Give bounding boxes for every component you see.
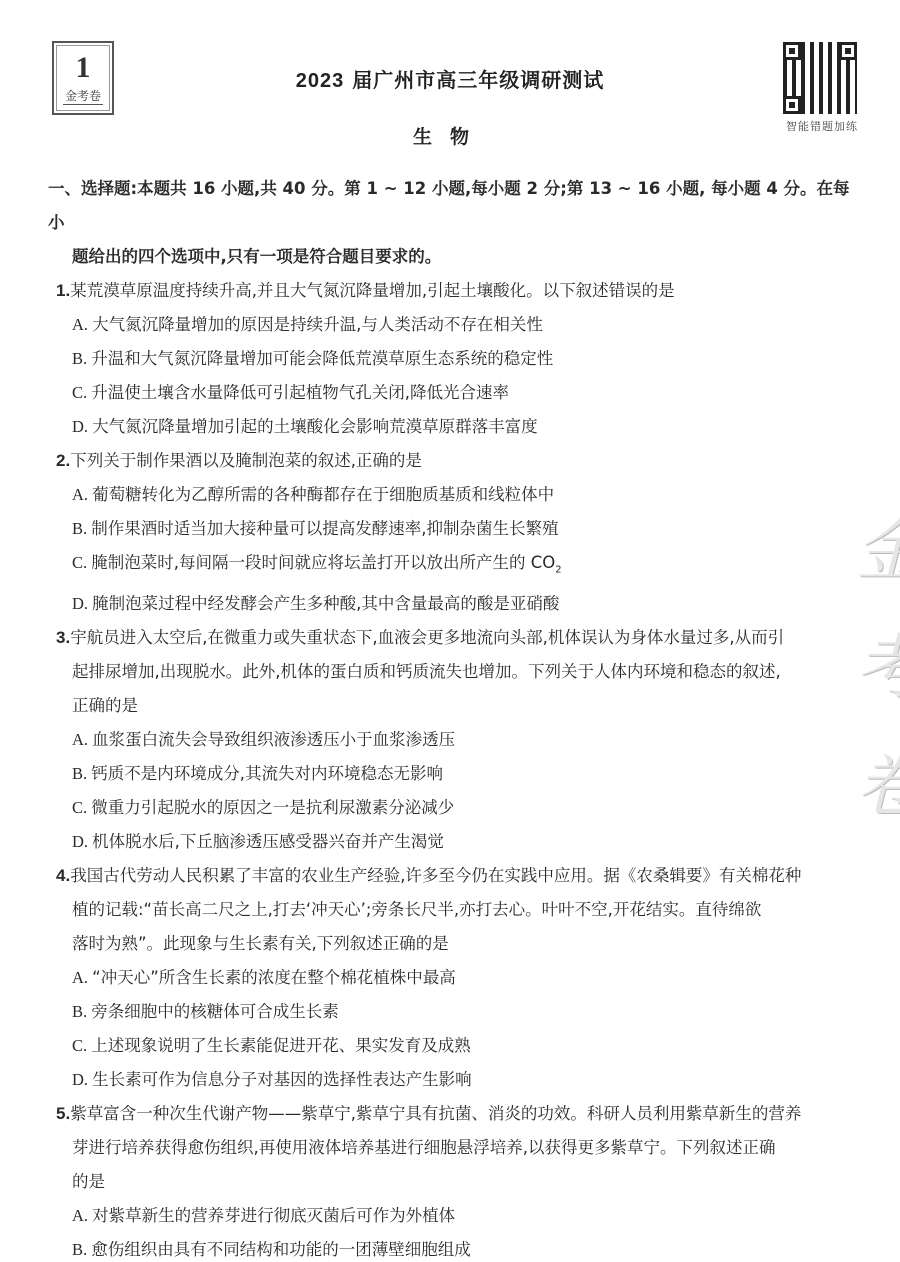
option-letter: D. [72, 594, 92, 613]
option-c[interactable]: C. 微重力引起脱水的原因之一是抗利尿激素分泌减少 [56, 791, 866, 825]
question-2: 2.下列关于制作果酒以及腌制泡菜的叙述,正确的是A. 葡萄糖转化为乙醇所需的各种… [56, 444, 866, 621]
option-a[interactable]: A. 对紫草新生的营养芽进行彻底灭菌后可作为外植体 [56, 1199, 866, 1233]
question-number: 4. [56, 866, 70, 885]
question-3: 3.宇航员进入太空后,在微重力或失重状态下,血液会更多地流向头部,机体误认为身体… [56, 621, 866, 859]
option-c[interactable]: C. 上述现象说明了生长素能促进开花、果实发育及成熟 [56, 1029, 866, 1063]
option-b[interactable]: B. 升温和大气氮沉降量增加可能会降低荒漠草原生态系统的稳定性 [56, 342, 866, 376]
option-text: 对紫草新生的营养芽进行彻底灭菌后可作为外植体 [92, 1206, 455, 1225]
option-letter: C. [72, 1036, 91, 1055]
qr-caption: 智能错题加练 [780, 118, 864, 134]
question-stem-line: 某荒漠草原温度持续升高,并且大气氮沉降量增加,引起土壤酸化。以下叙述错误的是 [70, 281, 675, 300]
option-letter: B. [72, 519, 91, 538]
option-b[interactable]: B. 旁条细胞中的核糖体可合成生长素 [56, 995, 866, 1029]
section-line-1: 一、选择题:本题共 16 小题,共 40 分。第 1 ~ 12 小题,每小题 2… [48, 179, 850, 232]
option-text: 愈伤组织由具有不同结构和功能的一团薄壁细胞组成 [91, 1240, 471, 1259]
option-text: 血浆蛋白流失会导致组织液渗透压小于血浆渗透压 [92, 730, 455, 749]
page-title: 2023 届广州市高三年级调研测试 [0, 64, 900, 93]
option-text: 升温使土壤含水量降低可引起植物气孔关闭,降低光合速率 [91, 383, 509, 402]
question-stem-line: 植的记载:“苗长高二尺之上,打去‘冲天心’;旁条长尺半,亦打去心。叶叶不空,开花… [56, 893, 866, 927]
question-5: 5.紫草富含一种次生代谢产物——紫草宁,紫草宁具有抗菌、消炎的功效。科研人员利用… [56, 1097, 866, 1262]
option-text: 上述现象说明了生长素能促进开花、果实发育及成熟 [91, 1036, 471, 1055]
section-instructions: 一、选择题:本题共 16 小题,共 40 分。第 1 ~ 12 小题,每小题 2… [48, 172, 866, 274]
question-number: 3. [56, 628, 70, 647]
option-text: 葡萄糖转化为乙醇所需的各种酶都存在于细胞质基质和线粒体中 [92, 485, 554, 504]
qr-finder-icon [783, 42, 801, 60]
question-1: 1.某荒漠草原温度持续升高,并且大气氮沉降量增加,引起土壤酸化。以下叙述错误的是… [56, 274, 866, 444]
question-4: 4.我国古代劳动人民积累了丰富的农业生产经验,许多至今仍在实践中应用。据《农桑辑… [56, 859, 866, 1097]
question-stem: 5.紫草富含一种次生代谢产物——紫草宁,紫草宁具有抗菌、消炎的功效。科研人员利用… [56, 1097, 866, 1131]
option-d[interactable]: D. 机体脱水后,下丘脑渗透压感受器兴奋并产生渴觉 [56, 825, 866, 859]
question-stem-line: 正确的是 [56, 689, 866, 723]
option-letter: B. [72, 349, 91, 368]
option-c[interactable]: C. 腌制泡菜时,每间隔一段时间就应将坛盖打开以放出所产生的 CO2 [56, 546, 866, 587]
question-stem-line: 芽进行培养获得愈伤组织,再使用液体培养基进行细胞悬浮培养,以获得更多紫草宁。下列… [56, 1131, 866, 1165]
section-line-2: 题给出的四个选项中,只有一项是符合题目要求的。 [48, 240, 866, 274]
question-number: 5. [56, 1104, 70, 1123]
question-stem-line: 我国古代劳动人民积累了丰富的农业生产经验,许多至今仍在实践中应用。据《农桑辑要》… [70, 866, 801, 885]
option-letter: A. [72, 968, 92, 987]
option-text: 升温和大气氮沉降量增加可能会降低荒漠草原生态系统的稳定性 [91, 349, 553, 368]
subscript: 2 [555, 564, 561, 575]
question-stem-line: 的是 [56, 1165, 866, 1199]
question-number: 1. [56, 281, 70, 300]
option-a[interactable]: A. 血浆蛋白流失会导致组织液渗透压小于血浆渗透压 [56, 723, 866, 757]
option-a[interactable]: A. 葡萄糖转化为乙醇所需的各种酶都存在于细胞质基质和线粒体中 [56, 478, 866, 512]
option-b[interactable]: B. 制作果酒时适当加大接种量可以提高发酵速率,抑制杂菌生长繁殖 [56, 512, 866, 546]
option-letter: C. [72, 553, 91, 572]
question-stem-line: 落时为熟”。此现象与生长素有关,下列叙述正确的是 [56, 927, 866, 961]
option-letter: C. [72, 383, 91, 402]
title-text: 届广州市高三年级调研测试 [352, 68, 604, 92]
question-stem-line: 起排尿增加,出现脱水。此外,机体的蛋白质和钙质流失也增加。下列关于人体内环境和稳… [56, 655, 866, 689]
question-stem-line: 下列关于制作果酒以及腌制泡菜的叙述,正确的是 [70, 451, 422, 470]
question-stem: 4.我国古代劳动人民积累了丰富的农业生产经验,许多至今仍在实践中应用。据《农桑辑… [56, 859, 866, 893]
option-text: 钙质不是内环境成分,其流失对内环境稳态无影响 [91, 764, 443, 783]
option-letter: C. [72, 798, 91, 817]
option-letter: B. [72, 1002, 91, 1021]
question-stem: 3.宇航员进入太空后,在微重力或失重状态下,血液会更多地流向头部,机体误认为身体… [56, 621, 866, 655]
question-list: 1.某荒漠草原温度持续升高,并且大气氮沉降量增加,引起土壤酸化。以下叙述错误的是… [56, 274, 866, 1262]
question-stem: 2.下列关于制作果酒以及腌制泡菜的叙述,正确的是 [56, 444, 866, 478]
option-letter: A. [72, 1206, 92, 1225]
option-letter: D. [72, 1070, 92, 1089]
option-letter: B. [72, 1240, 91, 1259]
option-text: 腌制泡菜过程中经发酵会产生多种酸,其中含量最高的酸是亚硝酸 [92, 594, 559, 613]
qr-finder-icon [783, 96, 801, 114]
option-text: 大气氮沉降量增加的原因是持续升温,与人类活动不存在相关性 [92, 315, 543, 334]
option-text: 腌制泡菜时,每间隔一段时间就应将坛盖打开以放出所产生的 CO [91, 553, 555, 572]
subject-title: 生物 [0, 122, 900, 149]
option-letter: A. [72, 730, 92, 749]
option-b[interactable]: B. 愈伤组织由具有不同结构和功能的一团薄壁细胞组成 [56, 1233, 866, 1262]
option-d[interactable]: D. 生长素可作为信息分子对基因的选择性表达产生影响 [56, 1063, 866, 1097]
question-stem: 1.某荒漠草原温度持续升高,并且大气氮沉降量增加,引起土壤酸化。以下叙述错误的是 [56, 274, 866, 308]
option-a[interactable]: A. “冲天心”所含生长素的浓度在整个棉花植株中最高 [56, 961, 866, 995]
option-text: 生长素可作为信息分子对基因的选择性表达产生影响 [92, 1070, 472, 1089]
question-stem-line: 紫草富含一种次生代谢产物——紫草宁,紫草宁具有抗菌、消炎的功效。科研人员利用紫草… [70, 1104, 801, 1123]
option-letter: D. [72, 832, 92, 851]
option-letter: A. [72, 315, 92, 334]
option-letter: B. [72, 764, 91, 783]
qr-finder-icon [839, 42, 857, 60]
qr-code-icon[interactable] [783, 42, 857, 114]
option-c[interactable]: C. 升温使土壤含水量降低可引起植物气孔关闭,降低光合速率 [56, 376, 866, 410]
option-d[interactable]: D. 大气氮沉降量增加引起的土壤酸化会影响荒漠草原群落丰富度 [56, 410, 866, 444]
option-d[interactable]: D. 腌制泡菜过程中经发酵会产生多种酸,其中含量最高的酸是亚硝酸 [56, 587, 866, 621]
option-text: 大气氮沉降量增加引起的土壤酸化会影响荒漠草原群落丰富度 [92, 417, 538, 436]
option-text: 机体脱水后,下丘脑渗透压感受器兴奋并产生渴觉 [92, 832, 444, 851]
option-text: 旁条细胞中的核糖体可合成生长素 [91, 1002, 339, 1021]
option-letter: A. [72, 485, 92, 504]
option-text: “冲天心”所含生长素的浓度在整个棉花植株中最高 [92, 968, 456, 987]
option-a[interactable]: A. 大气氮沉降量增加的原因是持续升温,与人类活动不存在相关性 [56, 308, 866, 342]
option-text: 微重力引起脱水的原因之一是抗利尿激素分泌减少 [91, 798, 454, 817]
option-b[interactable]: B. 钙质不是内环境成分,其流失对内环境稳态无影响 [56, 757, 866, 791]
question-stem-line: 宇航员进入太空后,在微重力或失重状态下,血液会更多地流向头部,机体误认为身体水量… [70, 628, 784, 647]
option-letter: D. [72, 417, 92, 436]
option-text: 制作果酒时适当加大接种量可以提高发酵速率,抑制杂菌生长繁殖 [91, 519, 558, 538]
title-year: 2023 [296, 70, 345, 92]
exam-content: 一、选择题:本题共 16 小题,共 40 分。第 1 ~ 12 小题,每小题 2… [56, 172, 866, 1262]
question-number: 2. [56, 451, 70, 470]
